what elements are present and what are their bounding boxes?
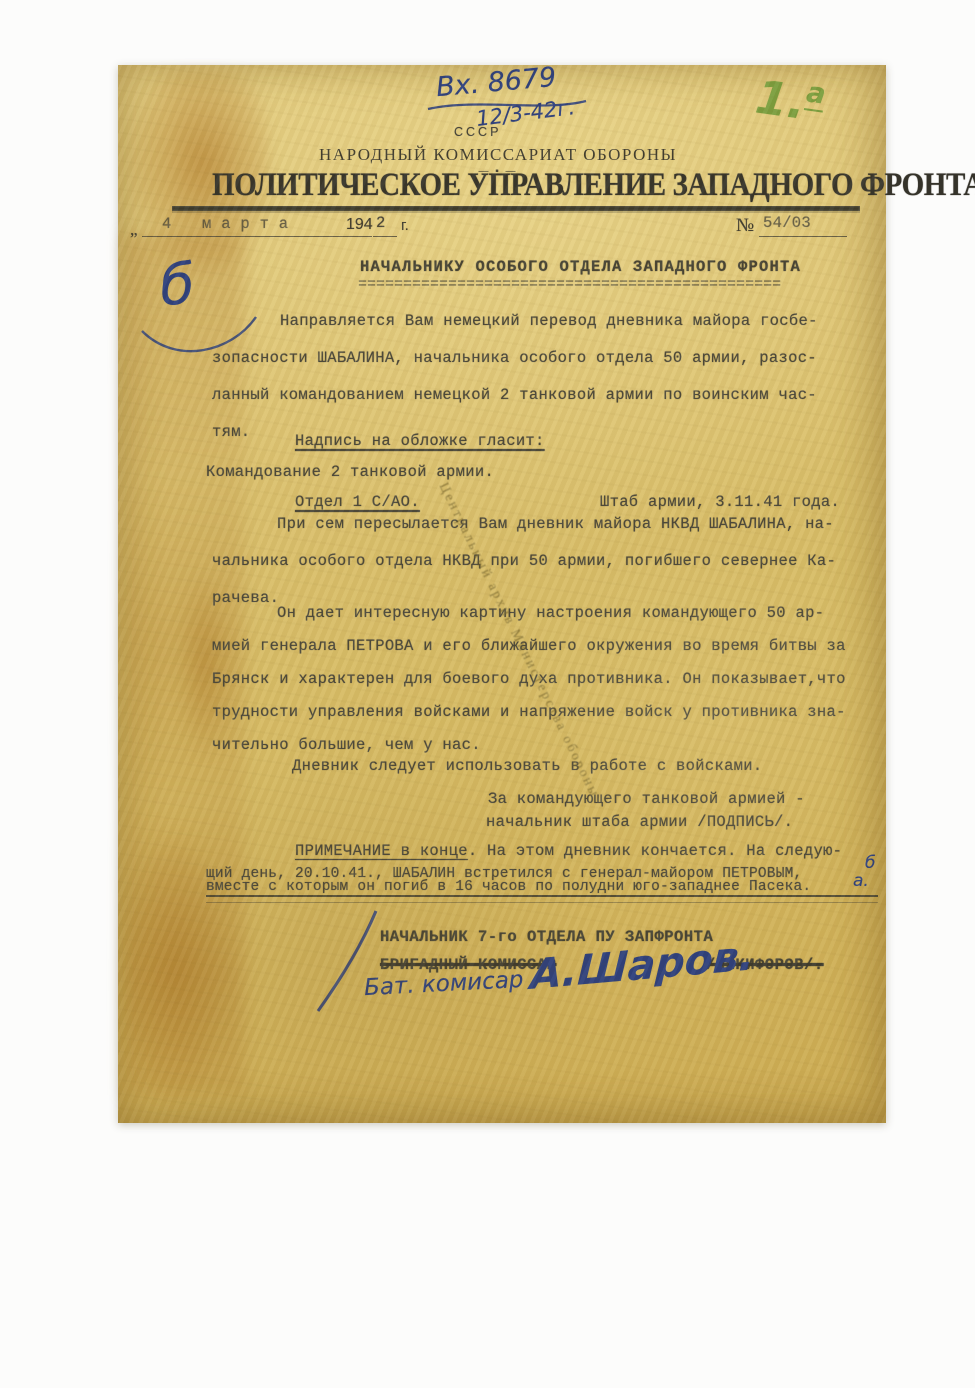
typed-line: За командующего танковой армией - <box>488 790 805 809</box>
date-year-suffix: г. <box>401 217 409 234</box>
doc-number-label: № <box>736 215 754 237</box>
recipient-underline: ========================================… <box>358 276 781 293</box>
screenshot-root: { "colors":{"paper":"#d9bf6b","ink_typed… <box>0 0 975 1388</box>
date-year-typed: 2 <box>376 214 386 233</box>
typed-line: ланный командованием немецкой 2 танковой… <box>212 386 817 405</box>
doc-number-underline <box>759 236 847 237</box>
year-underline <box>373 236 397 237</box>
recipient-line: НАЧАЛЬНИКУ ОСОБОГО ОТДЕЛА ЗАПАДНОГО ФРОН… <box>360 258 801 276</box>
stain-middle <box>170 535 240 795</box>
typed-line: трудности управления войсками и напряжен… <box>212 703 846 722</box>
margin-mark-handwritten: б <box>158 252 197 319</box>
typed-line: чительно большие, чем у нас. <box>212 736 481 755</box>
date-month: м а р т а <box>202 215 288 234</box>
doc-number-value: 54/03 <box>763 214 811 233</box>
document-page: Вх. 8679 12/3-42г. 1.а СССР НАРОДНЫЙ КОМ… <box>118 65 886 1123</box>
hand-mark: б <box>865 853 875 873</box>
page-number-green-mark: 1.а <box>753 69 828 133</box>
country-label: СССР <box>454 125 501 139</box>
letterhead-title: ПОЛИТИЧЕСКОЕ УПРАВЛЕНИЕ ЗАПАДНОГО ФРОНТА <box>212 167 784 204</box>
typed-line: рачева. <box>212 589 279 608</box>
typed-line: тям. <box>212 423 250 442</box>
date-year-printed: 194 <box>346 216 373 234</box>
note-rest: . На этом дневник кончается. На следую- <box>468 842 842 860</box>
typed-line: Дневник следует использовать в работе с … <box>292 757 762 776</box>
note-line: ПРИМЕЧАНИЕ в конце. На этом дневник конч… <box>295 842 842 861</box>
typed-line: Отдел 1 С/АО. <box>295 493 420 512</box>
typed-line: Направляется Вам немецкий перевод дневни… <box>280 312 818 331</box>
letterhead-rule <box>172 206 860 211</box>
date-underline <box>142 236 372 237</box>
typed-line: Надпись на обложке гласит: <box>295 432 545 451</box>
typed-line: начальник штаба армии /ПОДПИСЬ/. <box>486 813 793 832</box>
typed-line: Он дает интересную картину настроения ко… <box>277 604 824 623</box>
note-lead: ПРИМЕЧАНИЕ в конце <box>295 842 468 860</box>
typed-line: Командование 2 танковой армии. <box>206 463 494 482</box>
green-mark-main: 1. <box>753 69 810 129</box>
letterhead-commissariat: НАРОДНЫЙ КОМИССАРИАТ ОБОРОНЫ <box>313 145 683 165</box>
bottom-rule <box>206 895 878 903</box>
hand-mark: а. <box>853 871 869 891</box>
typed-line: При сем пересылается Вам дневник майора … <box>277 515 834 534</box>
typed-line: Штаб армии, 3.11.41 года. <box>600 493 840 512</box>
typed-line: зопасности ШАБАЛИНА, начальника особого … <box>212 349 817 368</box>
date-day: 4 <box>162 215 172 234</box>
green-mark-sup: а <box>804 75 828 112</box>
typed-line: чальника особого отдела НКВД при 50 арми… <box>212 552 836 571</box>
date-open-quote: „ <box>130 220 138 240</box>
